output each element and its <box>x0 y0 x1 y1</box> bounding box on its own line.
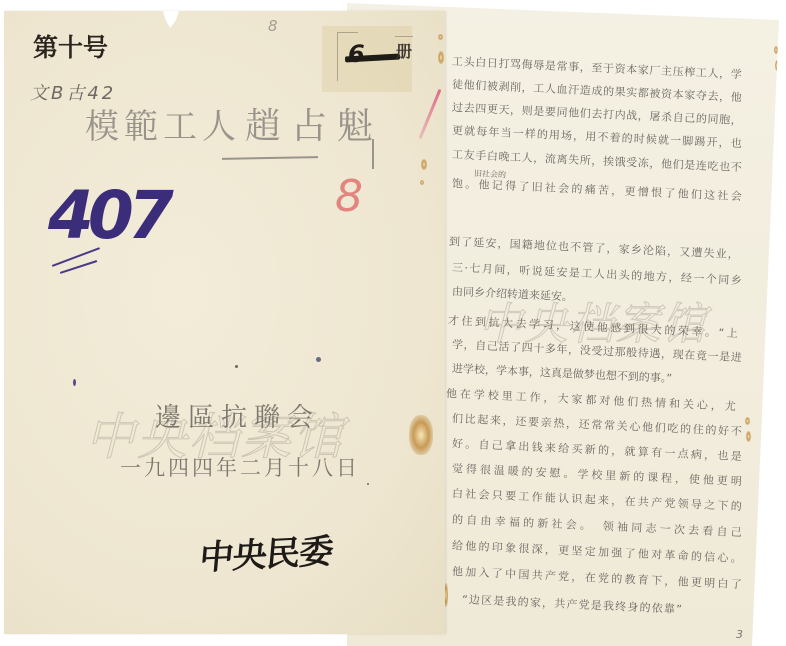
title-vertical-stroke <box>372 139 374 169</box>
handwritten-line: 给他的印象很深，更坚定加强了他对革命的信心。 <box>452 538 742 567</box>
handwritten-line: 觉得很温暖的安慰。学校里新的课程，使他更明 <box>452 461 742 490</box>
rust-stain <box>438 51 444 64</box>
ink-speck <box>73 379 76 386</box>
rust-stain <box>421 159 427 170</box>
document-title-part2: 趙占魁 <box>245 105 383 148</box>
rust-stain <box>775 60 779 71</box>
serial-number: 第十号 <box>33 33 108 63</box>
issue-date: 一九四四年二月十八日 <box>120 456 360 481</box>
purple-ink-number: 407 <box>48 183 168 249</box>
rust-stain <box>774 46 778 54</box>
page-number: 3 <box>736 628 743 641</box>
rust-stain <box>438 34 443 40</box>
catalog-code: 文B古42 <box>30 79 116 105</box>
handwritten-line: 白社会只要工作能认识起来，在共产党领导之下的 <box>452 486 742 515</box>
handwritten-line: 他加入了中国共产党，在党的教育下，他更明白了 <box>452 564 742 593</box>
rust-stain <box>420 180 424 185</box>
rust-stain <box>746 431 751 442</box>
left-page-cover: 第十号 文B古42 8 6 册 模範工人 趙占魁 407 8 中央档案馆 邊區抗… <box>4 11 445 634</box>
brush-signature: 中央民委 <box>198 532 334 580</box>
handwritten-line: 的自由幸福的新社会。 领袖同志一次去看自己 <box>452 512 742 541</box>
handwritten-line: 三·七月间，听说延安是工人出头的地方，经一个同乡 <box>452 260 742 289</box>
handwritten-line: 进学校，学本事，这真是做梦也想不到的事。” <box>452 361 742 390</box>
taped-stamp-patch: 6 册 <box>322 26 412 92</box>
purple-underline-stroke <box>60 260 98 274</box>
handwritten-line: 好。自己拿出钱来给买新的，就算有一点病，也是 <box>452 436 742 465</box>
rust-stain <box>745 417 750 425</box>
paper-tear <box>163 11 179 28</box>
handwritten-line: “边区是我的家，共产党是我终身的依靠” <box>462 592 752 621</box>
ink-speck <box>235 365 238 368</box>
staple-rust-stain <box>409 415 433 455</box>
ink-speck <box>316 357 321 362</box>
handwritten-line: 饱。他记得了旧社会的痛苦，更憎恨了他们这社会 <box>452 176 742 205</box>
handwritten-line: 他在学校里工作，大家都对他们热情和关心，尤 <box>446 386 736 415</box>
red-pencil-number: 8 <box>335 175 363 219</box>
handwritten-line: 更就每年当一样的用场，用不着的时候就一脚踢开，也 <box>452 123 742 152</box>
crossed-number: 6 <box>348 42 365 66</box>
pencil-folio-mark: 8 <box>268 17 278 35</box>
title-underline-stroke <box>222 156 318 159</box>
document-title-part1: 模範工人 <box>85 107 241 148</box>
ink-speck <box>367 483 369 485</box>
issuer: 邊區抗聯会 <box>155 403 320 434</box>
red-pencil-stroke <box>419 89 442 139</box>
stamp-suffix: 册 <box>396 44 412 60</box>
handwritten-line: 到了延安，国籍地位也不管了，家乡沦陷，又遭失业， <box>449 234 739 263</box>
stamp-tick <box>395 36 413 37</box>
handwritten-line: 们比起来，还要亲热，还常常关心他们吃的住的好不 <box>452 411 742 440</box>
